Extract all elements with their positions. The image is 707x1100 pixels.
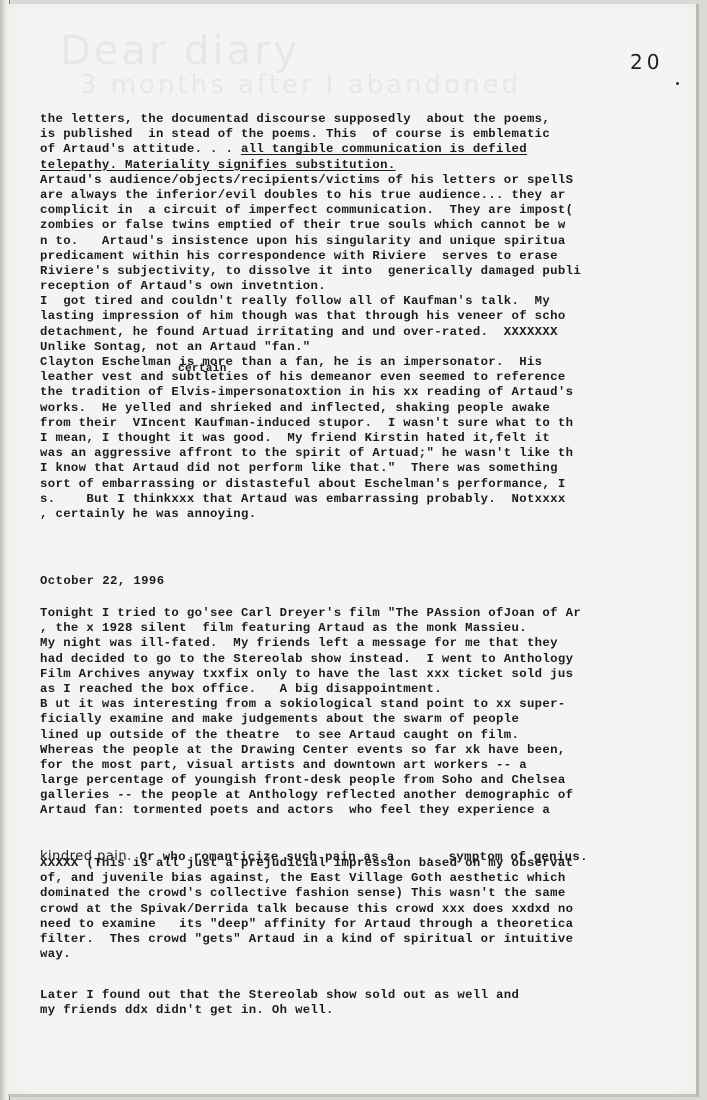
page-number: 20	[630, 50, 663, 74]
text-line: complicit in a circuit of imperfect comm…	[40, 203, 700, 218]
text-line: detachment, he found Artuad irritating a…	[40, 325, 700, 340]
text-line: My night was ill-fated. My friends left …	[40, 636, 700, 651]
text-line: the letters, the documentad discourse su…	[40, 112, 700, 127]
text-line: dominated the crowd's collective fashion…	[40, 886, 700, 901]
text-line: large percentage of youngish front-desk …	[40, 773, 700, 788]
text-line: , certainly he was annoying.	[40, 507, 700, 522]
text-line: works. He yelled and shrieked and inflec…	[40, 401, 700, 416]
text-line: Whereas the people at the Drawing Center…	[40, 743, 700, 758]
ink-dot	[676, 82, 679, 85]
text-line: I got tired and couldn't really follow a…	[40, 294, 700, 309]
text-line: n to. Artaud's insistence upon his singu…	[40, 234, 700, 249]
text-line: zombies or false twins emptied of their …	[40, 218, 700, 233]
text-line: Riviere's subjectivity, to dissolve it i…	[40, 264, 700, 279]
text-line: XXXXX (This is all just a prejudicial im…	[40, 856, 700, 871]
text-line: , the x 1928 silent film featuring Artau…	[40, 621, 700, 636]
underlined-phrase: all tangible communication is defiled	[241, 142, 527, 156]
text-line: Tonight I tried to go'see Carl Dreyer's …	[40, 606, 700, 621]
text-line: I know that Artaud did not perform like …	[40, 461, 700, 476]
text-line: galleries -- the people at Anthology ref…	[40, 788, 700, 803]
text-line: Clayton Eschelman is more than a fan, he…	[40, 355, 700, 370]
text-line: s. But I thinkxxx that Artaud was embarr…	[40, 492, 700, 507]
text-line: of Artaud's attitude. . . all tangible c…	[40, 142, 700, 157]
text-line: the tradition of Elvis-impersonatoxtion …	[40, 385, 700, 400]
entry-parenthetical-text: XXXXX (This is all just a prejudicial im…	[40, 856, 700, 962]
text-line: B ut it was interesting from a sokiologi…	[40, 697, 700, 712]
text-line: of, and juvenile bias against, the East …	[40, 871, 700, 886]
text-line: crowd at the Spivak/Derrida talk because…	[40, 902, 700, 917]
text-line: was an aggressive affront to the spirit …	[40, 446, 700, 461]
text-line: is published in stead of the poems. This…	[40, 127, 700, 142]
text-line: I mean, I thought it was good. My friend…	[40, 431, 700, 446]
text-line: Artaud's audience/objects/recipients/vic…	[40, 173, 700, 188]
text-line: filter. Thes crowd "gets" Artaud in a ki…	[40, 932, 700, 947]
text-line: sort of embarrassing or distasteful abou…	[40, 477, 700, 492]
text-line: telepathy. Materiality signifies substit…	[40, 158, 700, 173]
underlined-phrase: telepathy. Materiality signifies substit…	[40, 158, 396, 172]
text-line: lined up outside of the theatre to see A…	[40, 728, 700, 743]
text-line: for the most part, visual artists and do…	[40, 758, 700, 773]
text-line: my friends ddx didn't get in. Oh well.	[40, 1003, 700, 1018]
text-line: need to examine its "deep" affinity for …	[40, 917, 700, 932]
text-line: Unlike Sontag, not an Artaud "fan."	[40, 340, 700, 355]
text-line: way.	[40, 947, 700, 962]
text-line: leather vest and subtleties of his demea…	[40, 370, 700, 385]
text-line: Film Archives anyway txxfix only to have…	[40, 667, 700, 682]
text-line: predicament within his correspondence wi…	[40, 249, 700, 264]
entry-body-text: Tonight I tried to go'see Carl Dreyer's …	[40, 606, 700, 819]
text-line: lasting impression of him though was tha…	[40, 309, 700, 324]
text-line: Later I found out that the Stereolab sho…	[40, 988, 700, 1003]
entry-continued-text: the letters, the documentad discourse su…	[40, 112, 700, 522]
text-line: ficially examine and make judgements abo…	[40, 712, 700, 727]
interlinear-insert: certain	[178, 362, 227, 377]
text-line: as I reached the box office. A big disap…	[40, 682, 700, 697]
text-line: are always the inferior/evil doubles to …	[40, 188, 700, 203]
text-line: had decided to go to the Stereolab show …	[40, 652, 700, 667]
text-line: reception of Artaud's own invetntion.	[40, 279, 700, 294]
entry-closing-text: Later I found out that the Stereolab sho…	[40, 988, 700, 1018]
text-line: Artaud fan: tormented poets and actors w…	[40, 803, 700, 818]
text-line: from their VIncent Kaufman-induced stupo…	[40, 416, 700, 431]
entry-date: October 22, 1996	[40, 574, 164, 588]
